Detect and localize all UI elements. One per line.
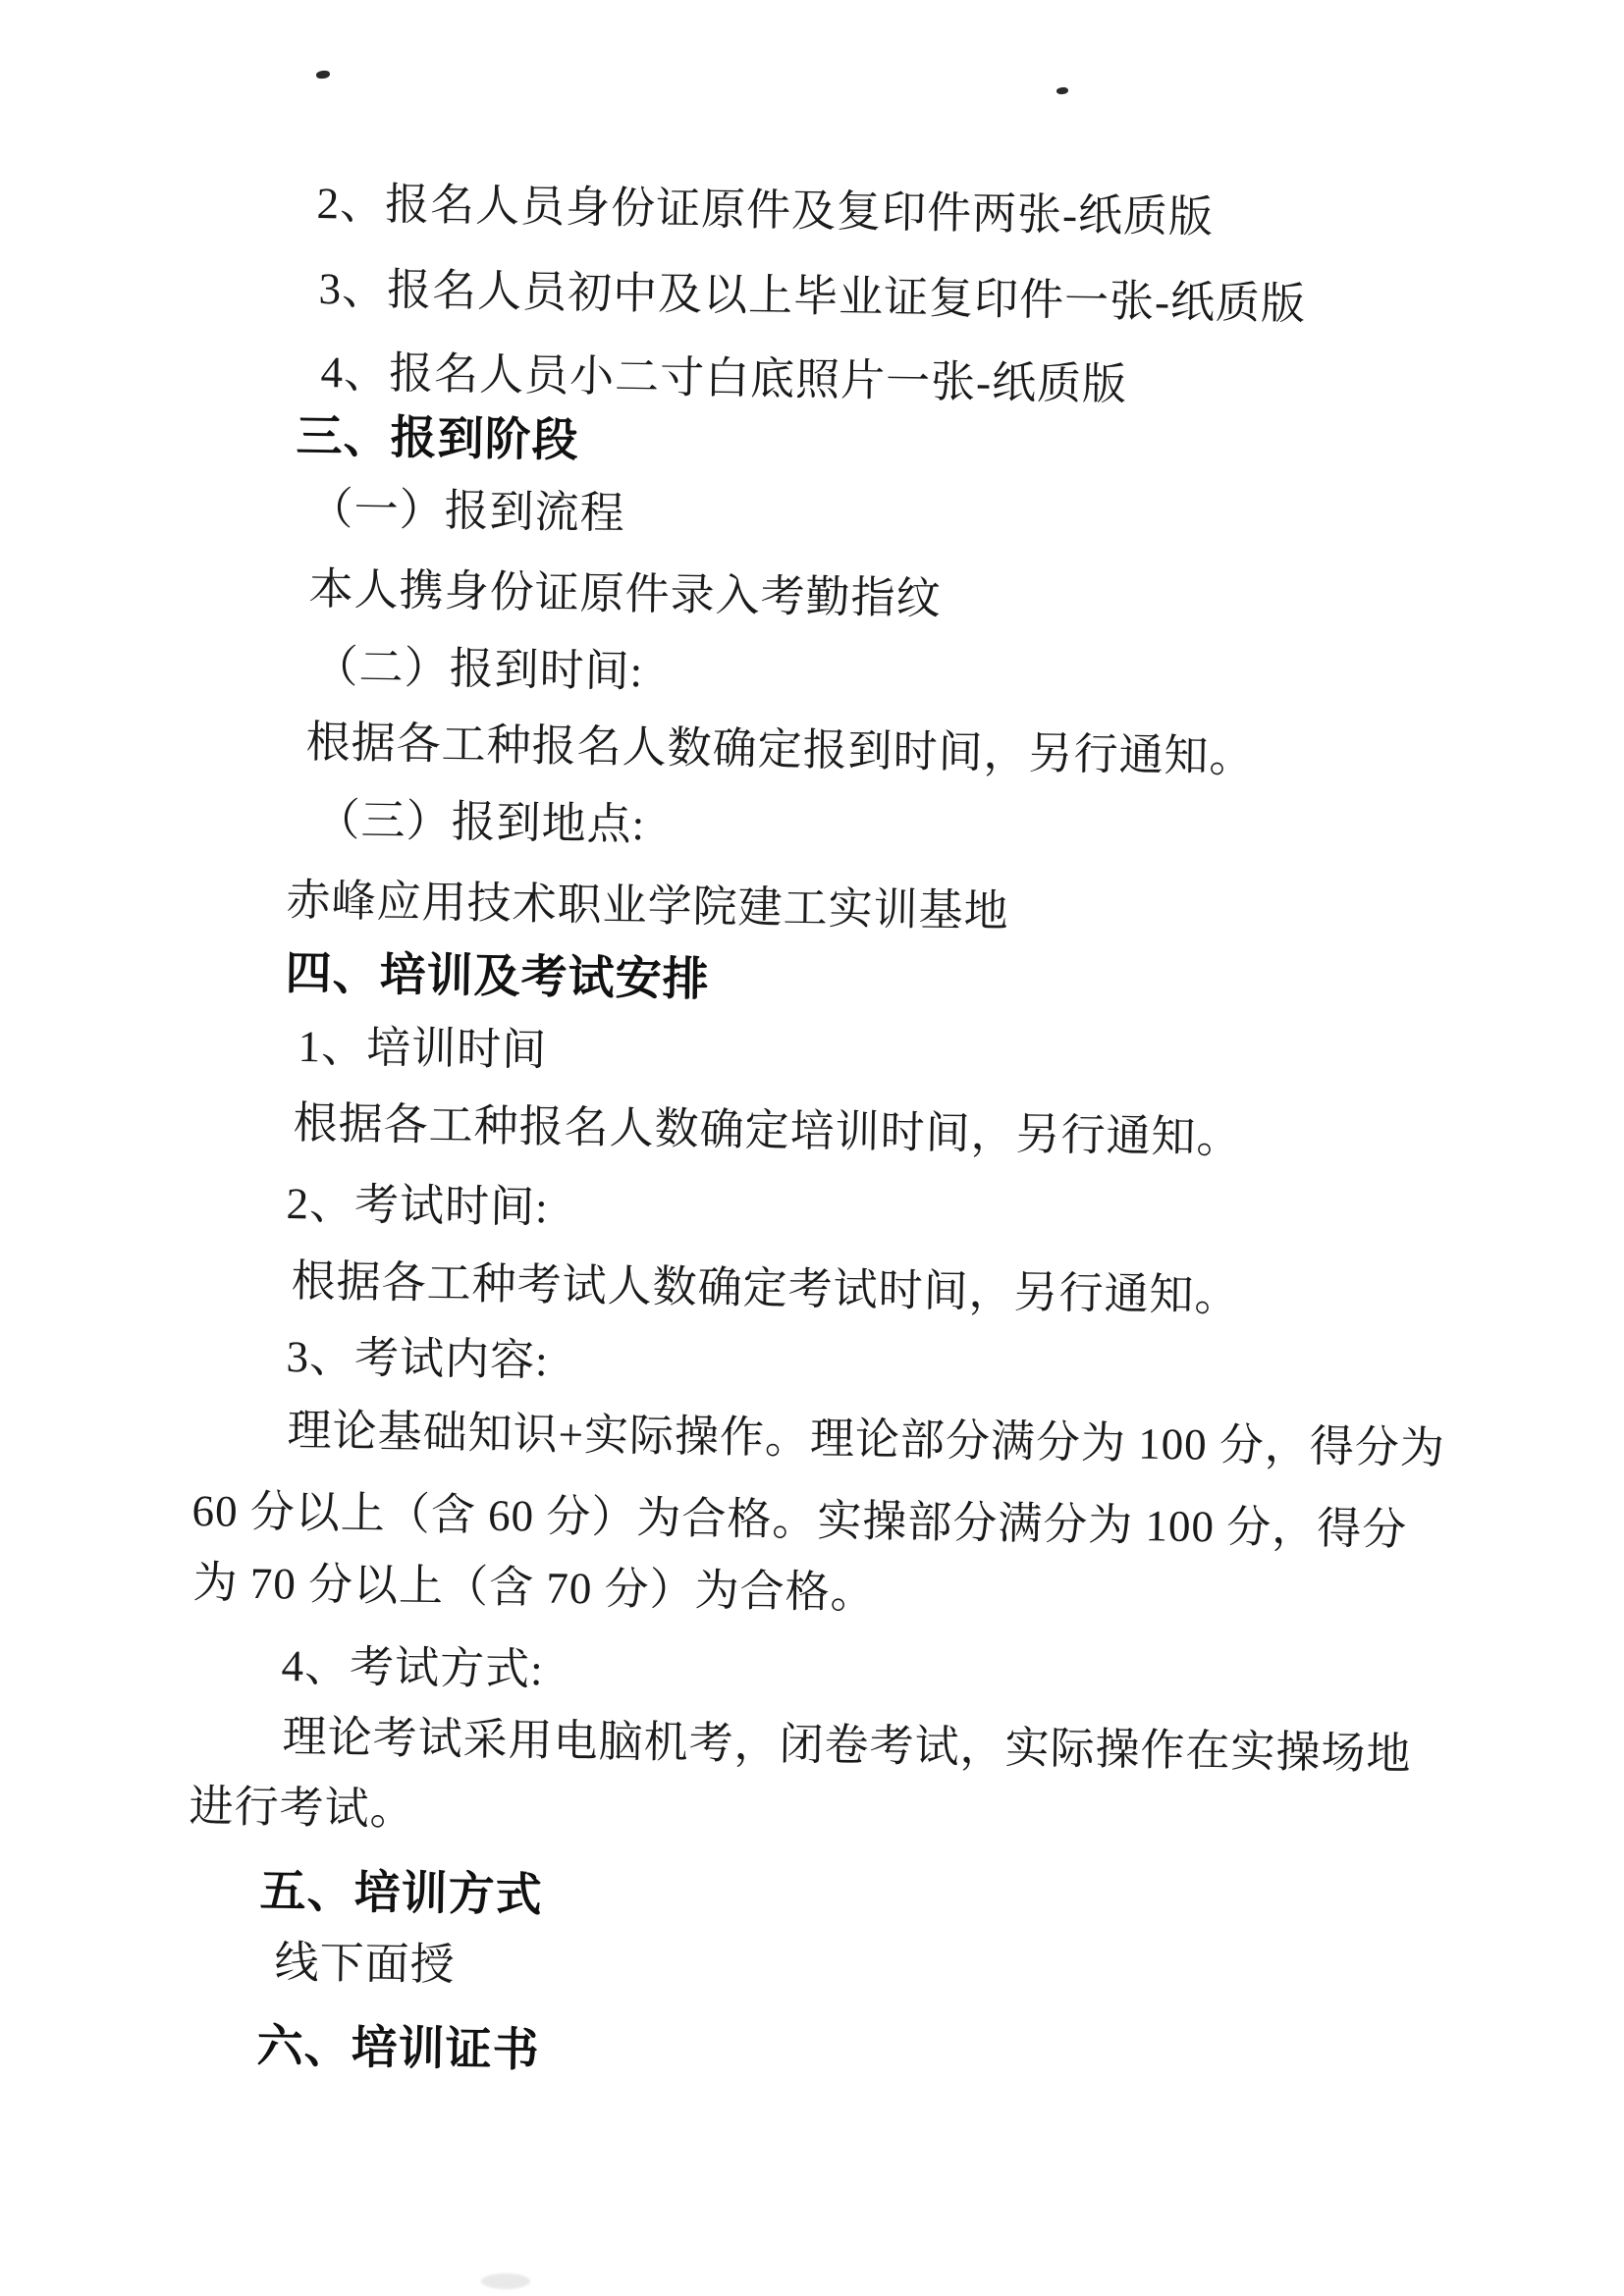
exam-method-text-line-1: 理论考试采用电脑机考，闭卷考试，实际操作在实操场地: [282, 1715, 1412, 1777]
scan-smudge-bottom: [481, 2273, 530, 2289]
exam-content-text-line-1: 理论基础知识+实际操作。理论部分满分为 100 分，得分为: [287, 1409, 1445, 1471]
training-method-text: 线下面授: [274, 1941, 456, 1988]
exam-method-text-line-2: 进行考试。: [189, 1785, 415, 1833]
checkin-time-label: （二）报到时间:: [313, 645, 643, 694]
attachment-item-3: 3、报名人员初中及以上毕业证复印件一张-纸质版: [318, 267, 1306, 327]
training-time-label: 1、培训时间: [298, 1025, 547, 1073]
checkin-procedure-text: 本人携身份证原件录入考勤指纹: [308, 567, 942, 621]
checkin-location-text: 赤峰应用技术职业学院建工实训基地: [286, 879, 1009, 934]
exam-content-text-line-3: 为 70 分以上（含 70 分）为合格。: [192, 1561, 876, 1616]
exam-content-text-line-2: 60 分以上（含 60 分）为合格。实操部分满分为 100 分，得分: [191, 1489, 1407, 1552]
exam-time-label: 2、考试时间:: [286, 1182, 549, 1230]
scanned-document-page: 2、报名人员身份证原件及复印件两张-纸质版 3、报名人员初中及以上毕业证复印件一…: [0, 0, 1624, 2296]
scan-speck-right: [1056, 86, 1069, 94]
section-heading-training-method: 五、培训方式: [259, 1867, 543, 1918]
training-time-text: 根据各工种报名人数确定培训时间，另行通知。: [293, 1101, 1242, 1160]
section-heading-checkin: 三、报到阶段: [296, 412, 579, 463]
checkin-procedure-label: （一）报到流程: [308, 487, 625, 536]
exam-method-label: 4、考试方式:: [281, 1644, 544, 1692]
section-heading-training-exam: 四、培训及考试安排: [285, 949, 710, 1002]
attachment-item-2: 2、报名人员身份证原件及复印件两张-纸质版: [316, 182, 1214, 240]
exam-content-label: 3、考试内容:: [286, 1335, 549, 1383]
scan-speck-left: [316, 70, 331, 80]
checkin-location-label: （三）报到地点:: [315, 798, 645, 847]
checkin-time-text: 根据各工种报名人数确定报到时间，另行通知。: [305, 721, 1255, 779]
attachment-item-4: 4、报名人员小二寸白底照片一张-纸质版: [320, 350, 1127, 407]
section-heading-training-certificate: 六、培训证书: [256, 2022, 540, 2073]
exam-time-text: 根据各工种考试人数确定考试时间，另行通知。: [291, 1259, 1240, 1318]
